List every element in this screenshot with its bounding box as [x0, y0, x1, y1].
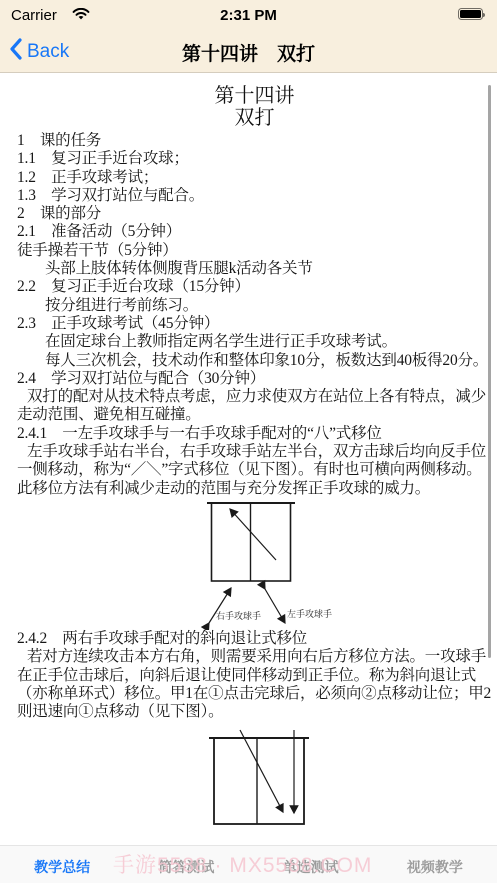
- doc-line: 1.1 复习正手近台攻球；: [17, 150, 492, 168]
- doc-line: 若对方连续攻击本方右角，则需要采用向右后方移位方法。一攻球手: [17, 648, 492, 666]
- doc-line: 一侧移动，称为“／＼”字式移位（见下图）。有时也可横向两侧移动。: [17, 461, 492, 479]
- doc-line: 走动范围、避免相互碰撞。: [17, 406, 492, 424]
- tab-label: 视频教学: [407, 857, 463, 877]
- doc-line: 2.3 正手攻球考试（45分钟）: [17, 315, 492, 333]
- diagram1-label-left-hander: 左手攻球手: [287, 608, 332, 619]
- doc-line: 2.2 复习正手近台攻球（15分钟）: [17, 278, 492, 296]
- document-scroll-area[interactable]: 第十四讲 双打 1 课的任务 1.1 复习正手近台攻球； 1.2 正手攻球考试；…: [0, 73, 497, 845]
- doc-line: 2.4.1 一左手攻球手与一右手攻球手配对的“八”式移位: [17, 425, 492, 443]
- tab-short-answer-quiz[interactable]: 简答测试: [124, 846, 248, 883]
- page-title: 第十四讲 双打: [0, 39, 497, 66]
- doc-line: （亦称单环式）移位。甲1在①点击完球后，必须向②点移动让位；甲2: [17, 685, 492, 703]
- status-bar: Carrier 2:31 PM: [0, 0, 497, 30]
- tab-label: 教学总结: [34, 857, 90, 877]
- scrollbar-thumb[interactable]: [488, 85, 491, 658]
- doc-line: 2 课的部分: [17, 205, 492, 223]
- clock: 2:31 PM: [0, 7, 497, 24]
- header: Carrier 2:31 PM Back 第十四讲 双打: [0, 0, 497, 73]
- doc-line: 2.1 准备活动（5分钟）: [17, 223, 492, 241]
- navigation-bar: Back 第十四讲 双打: [0, 30, 497, 73]
- document-body: 1 课的任务 1.1 复习正手近台攻球； 1.2 正手攻球考试； 1.3 学习双…: [17, 132, 492, 827]
- tab-label: 单选测试: [283, 857, 339, 877]
- document-title-line1: 第十四讲: [17, 86, 492, 108]
- tab-video-teaching[interactable]: 视频教学: [373, 846, 497, 883]
- doc-line: 徒手操若干节（5分钟）: [17, 242, 492, 260]
- doc-line: 1.2 正手攻球考试；: [17, 169, 492, 187]
- doubles-shift-diagram-2: [167, 727, 492, 827]
- doc-line: 双打的配对从技术特点考虑，应力求使双方在站位上各有特点，减少: [17, 388, 492, 406]
- doc-line: 左手攻球手站右半台，右手攻球手站左半台，双方击球后均向反手位: [17, 443, 492, 461]
- lesson-document: 第十四讲 双打 1 课的任务 1.1 复习正手近台攻球； 1.2 正手攻球考试；…: [0, 73, 497, 827]
- doc-line: 则迅速向①点移动（见下图）。: [17, 703, 492, 721]
- doubles-shift-diagram-1: 右手攻球手 左手攻球手: [157, 500, 492, 630]
- doc-line: 1 课的任务: [17, 132, 492, 150]
- tab-label: 简答测试: [158, 857, 214, 877]
- app-window: Carrier 2:31 PM Back 第十四讲 双打: [0, 0, 497, 883]
- doc-line: 2.4.2 两右手攻球手配对的斜向退让式移位: [17, 630, 492, 648]
- doc-line: 头部上肢体转体侧腹背压腿k活动各关节: [17, 260, 492, 278]
- doc-line: 每人三次机会，技术动作和整体印象10分，板数达到40板得20分。: [17, 352, 492, 370]
- battery-icon: [458, 8, 483, 20]
- doc-line: 1.3 学习双打站位与配合。: [17, 187, 492, 205]
- tab-teaching-summary[interactable]: 教学总结: [0, 846, 124, 883]
- doc-line: 在正手位击球后，向斜后退让使同伴移动到正手位。称为斜向退让式: [17, 667, 492, 685]
- diagram1-label-right-hander: 右手攻球手: [216, 610, 261, 621]
- doc-line: 按分组进行考前练习。: [17, 297, 492, 315]
- tab-multiple-choice-quiz[interactable]: 单选测试: [249, 846, 373, 883]
- document-title-line2: 双打: [17, 108, 492, 130]
- doc-line: 在固定球台上教师指定两名学生进行正手攻球考试。: [17, 333, 492, 351]
- doc-line: 2.4 学习双打站位与配合（30分钟）: [17, 370, 492, 388]
- doc-line: 此移位方法有利减少走动的范围与充分发挥正手攻球的威力。: [17, 480, 492, 498]
- tab-bar: 教学总结 简答测试 单选测试 视频教学: [0, 845, 497, 883]
